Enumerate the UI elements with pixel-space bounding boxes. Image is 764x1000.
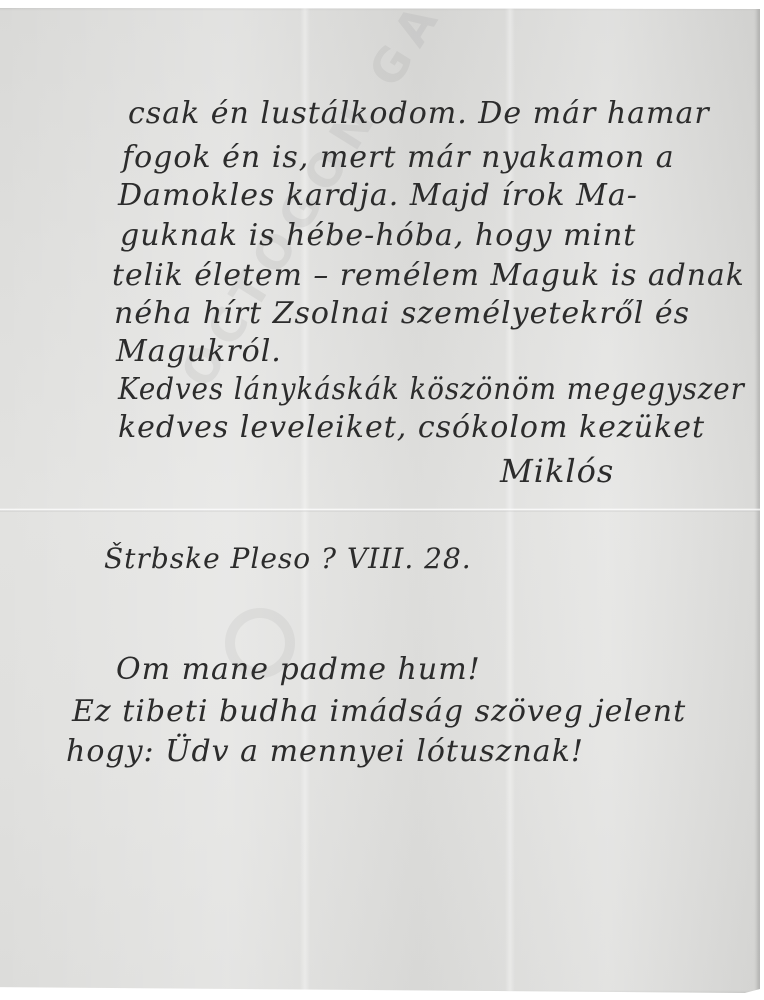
letter-line: fogok én is, mert már nyakamon a (122, 140, 675, 175)
letter-line: guknak is hébe-hóba, hogy mint (120, 218, 636, 253)
letter-line: Damokles kardja. Majd írok Ma- (118, 178, 638, 213)
letter-line: néha hírt Zsolnai személyetekről és (114, 296, 690, 331)
letter-line: telik életem – remélem Maguk is adnak (112, 258, 745, 293)
postscript-line: hogy: Üdv a mennyei lótusznak! (66, 734, 584, 769)
letter-line: kedves leveleiket, csókolom kezüket (118, 410, 705, 445)
date-line: Štrbske Pleso ? VIII. 28. (104, 542, 472, 575)
letter-line: csak én lustálkodom. De már hamar (128, 96, 710, 131)
horizontal-fold-crease (0, 508, 760, 512)
postscript-line: Ez tibeti budha imádság szöveg jelent (72, 694, 686, 729)
letter-line: Kedves lánykáskák köszönöm megegyszer (118, 372, 745, 407)
signature: Miklós (500, 452, 614, 490)
postscript-line: Om mane padme hum! (116, 652, 481, 687)
letter-line: Magukról. (116, 334, 282, 369)
